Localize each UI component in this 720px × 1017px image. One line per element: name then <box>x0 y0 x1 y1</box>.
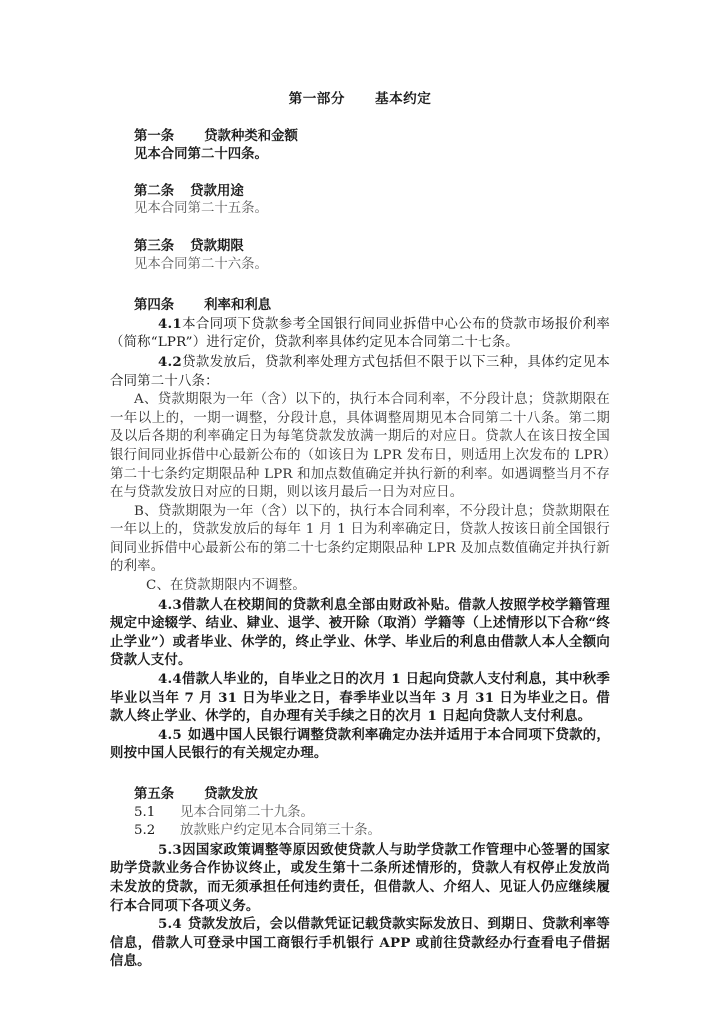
article-1-heading: 第一条贷款种类和金额 <box>110 127 610 146</box>
clause-number: 4.2 <box>134 353 182 372</box>
clause-number: 5.3 <box>134 841 182 860</box>
clause-number: 4.4 <box>134 670 182 689</box>
article-2-body: 见本合同第二十五条。 <box>110 200 610 219</box>
clause-text: 借款人在校期间的贷款利息全部由财政补贴。借款人按照学校学籍管理规定中途辍学、结业… <box>110 597 610 669</box>
clause-4-2-c: C、在贷款期限内不调整。 <box>110 577 610 596</box>
article-label: 第三条 <box>134 238 174 254</box>
clause-4-2: 4.2贷款发放后，贷款利率处理方式包括但不限于以下三种，具体约定见本合同第二十八… <box>110 353 610 391</box>
clause-text: 放款账户约定见本合同第三十条。 <box>180 823 381 838</box>
document-page: 第一部分基本约定 第一条贷款种类和金额 见本合同第二十四条。 第二条贷款用途 见… <box>110 90 610 971</box>
article-title: 利率和利息 <box>204 297 271 313</box>
section-part: 第一部分 <box>289 91 345 107</box>
clause-number: 4.1 <box>134 315 182 334</box>
article-label: 第二条 <box>134 183 174 199</box>
clause-text: 见本合同第二十九条。 <box>180 805 314 820</box>
clause-text: 如遇中国人民银行调整贷款利率确定办法并适用于本合同项下贷款的，则按中国人民银行的… <box>110 727 610 762</box>
clause-text: 借款人毕业的，自毕业之日的次月 1 日起向贷款人支付利息，其中秋季毕业以当年 7… <box>110 671 610 724</box>
clause-number: 5.1 <box>134 804 180 823</box>
clause-text: 因国家政策调整等原因致使贷款人与助学贷款工作管理中心签署的国家助学贷款业务合作协… <box>110 842 610 914</box>
clause-5-2: 5.2放款账户约定见本合同第三十条。 <box>110 822 610 841</box>
article-label: 第一条 <box>134 128 174 144</box>
clause-number: 4.3 <box>134 596 182 615</box>
article-3-body: 见本合同第二十六条。 <box>110 256 610 275</box>
section-title: 第一部分基本约定 <box>110 90 610 109</box>
clause-5-3: 5.3因国家政策调整等原因致使贷款人与助学贷款工作管理中心签署的国家助学贷款业务… <box>110 841 610 915</box>
clause-4-4: 4.4借款人毕业的，自毕业之日的次月 1 日起向贷款人支付利息，其中秋季毕业以当… <box>110 670 610 726</box>
article-5-heading: 第五条贷款发放 <box>110 785 610 804</box>
clause-number: 5.4 <box>134 915 182 934</box>
article-label: 第四条 <box>134 297 174 313</box>
clause-4-3: 4.3借款人在校期间的贷款利息全部由财政补贴。借款人按照学校学籍管理规定中途辍学… <box>110 596 610 670</box>
clause-4-1: 4.1本合同项下贷款参考全国银行间同业拆借中心公布的贷款市场报价利率（简称“LP… <box>110 315 610 353</box>
section-name: 基本约定 <box>375 91 431 107</box>
clause-5-1: 5.1见本合同第二十九条。 <box>110 804 610 823</box>
article-3-heading: 第三条贷款期限 <box>110 237 610 256</box>
clause-4-2-b: B、贷款期限为一年（含）以下的，执行本合同利率，不分段计息；贷款期限在一年以上的… <box>110 503 610 577</box>
article-title: 贷款发放 <box>204 786 258 802</box>
article-title: 贷款用途 <box>190 183 244 199</box>
article-label: 第五条 <box>134 786 174 802</box>
clause-number: 4.5 <box>134 726 182 745</box>
article-2-heading: 第二条贷款用途 <box>110 182 610 201</box>
clause-4-2-a: A、贷款期限为一年（含）以下的，执行本合同利率，不分段计息；贷款期限在一年以上的… <box>110 391 610 503</box>
clause-text: 贷款发放后，会以借款凭证记载贷款实际发放日、到期日、贷款利率等信息，借款人可登录… <box>110 916 610 969</box>
clause-4-5: 4.5如遇中国人民银行调整贷款利率确定办法并适用于本合同项下贷款的，则按中国人民… <box>110 726 610 763</box>
clause-text: 本合同项下贷款参考全国银行间同业拆借中心公布的贷款市场报价利率（简称“LPR”）… <box>110 317 610 351</box>
clause-5-4: 5.4贷款发放后，会以借款凭证记载贷款实际发放日、到期日、贷款利率等信息，借款人… <box>110 915 610 971</box>
article-4-heading: 第四条利率和利息 <box>110 296 610 315</box>
article-title: 贷款期限 <box>190 238 244 254</box>
article-1-body: 见本合同第二十四条。 <box>110 145 610 164</box>
clause-number: 5.2 <box>134 822 180 841</box>
article-title: 贷款种类和金额 <box>204 128 298 144</box>
clause-text: 贷款发放后，贷款利率处理方式包括但不限于以下三种，具体约定见本合同第二十八条： <box>110 355 610 389</box>
